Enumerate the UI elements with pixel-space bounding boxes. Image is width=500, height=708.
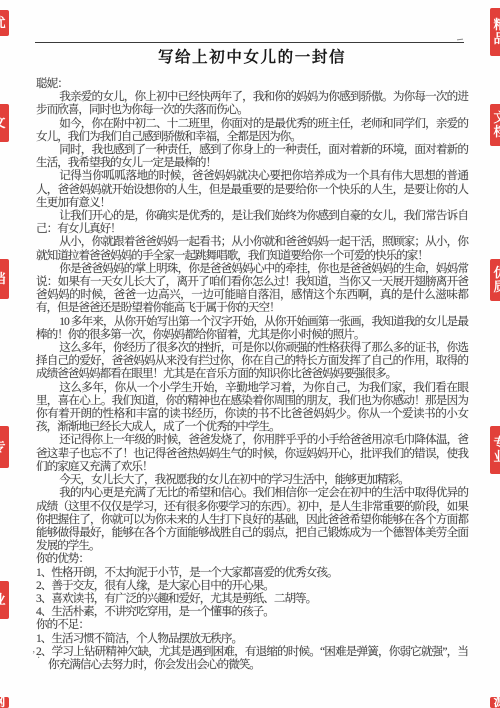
weakness-item: 1、生活习惯不简洁，个人物品摆放无秩序。	[36, 632, 468, 645]
watermark-stamp: 专	[0, 426, 9, 468]
letter-paragraph: 10 多年来，从你开始写出第一个汉字开始，从你开始画第一张画，我知道我的女儿是最…	[36, 315, 468, 341]
letter-paragraph: 这么多年，你经历了很多次的挫折，可是你以你顽强的性格获得了那么多的证书，你选择自…	[36, 341, 468, 381]
watermark-stamp: 优	[0, 10, 9, 36]
watermark-stamp: 文档	[490, 104, 500, 146]
letter-title: 写给上初中女儿的一封信	[36, 47, 468, 69]
letter-paragraph: 同时，我也感到了一种责任，感到了你身上的一种责任，面对着新的环境，面对着新的生活…	[36, 143, 468, 169]
strengths-heading: 你的优势：	[36, 552, 468, 565]
watermark-stamp: 档	[0, 259, 9, 299]
letter-greeting: 聪妮：	[36, 77, 468, 90]
watermark-stamp: 网	[0, 697, 9, 708]
watermark-stamp: 源	[490, 697, 500, 708]
weaknesses-heading: 你的不足：	[36, 618, 468, 631]
letter-paragraph: 你是爸爸妈妈的掌上明珠，你是爸爸妈妈心中的牵挂，你也是爸爸妈妈的生命，妈妈常说：…	[36, 262, 468, 315]
strength-item: 1、性格开朗，不太拘泥于小节，是一个大家都喜爱的优秀女孩。	[36, 566, 468, 579]
watermark-stamp: 精品	[490, 8, 500, 56]
letter-paragraph: 如今，你在附中初二、十二班里，你面对的是最优秀的班主任，老师和同学们，亲爱的女儿…	[36, 117, 468, 143]
scan-artifact-tick	[457, 39, 463, 41]
scan-artifact-mark: ’.	[32, 650, 42, 661]
letter-paragraph: 我亲爱的女儿，你上初中已经快两年了，我和你的妈妈为你感到骄傲。为你每一次的进步而…	[36, 90, 468, 116]
watermark-stamp: 专业	[490, 426, 500, 474]
letter-paragraph: 让我们开心的是，你确实是优秀的，是让我们始终为你感到自豪的女儿，我们常告诉自己：…	[36, 209, 468, 235]
weakness-item: 2、学习上钻研精神欠缺，尤其是遇到困难，有退缩的时候。“困难是弹簧，你弱它就强”…	[36, 645, 468, 671]
letter-paragraph: 从小，你就跟着爸爸妈妈一起看书；从小你就和爸爸妈妈一起干活，照顾家；从小，你就知…	[36, 235, 468, 261]
letter-body: 写给上初中女儿的一封信 聪妮： 我亲爱的女儿，你上初中已经快两年了，我和你的妈妈…	[36, 47, 468, 671]
strength-item: 4、生活朴素，不讲究吃穿用，是一个懂事的孩子。	[36, 605, 468, 618]
letter-paragraph: 这么多年，你从一个小学生开始，辛勤地学习着，为你自己，为我们家，我们看在眼里，喜…	[36, 381, 468, 434]
scanned-letter-page: 写给上初中女儿的一封信 聪妮： 我亲爱的女儿，你上初中已经快两年了，我和你的妈妈…	[0, 0, 500, 708]
watermark-stamp: 业	[0, 581, 9, 619]
letter-paragraph: 还记得你上一年级的时候，爸爸发烧了，你用胖乎乎的小手给爸爸用凉毛巾降体温，爸爸这…	[36, 433, 468, 473]
letter-paragraph: 我的内心更是充满了无比的希望和信心。我们相信你一定会在初中的生活中取得优异的成绩…	[36, 486, 468, 552]
letter-paragraph: 今天，女儿长大了，我祝愿我的女儿在初中的学习生活中，能够更加精彩。	[36, 473, 468, 486]
top-rule-divider	[35, 42, 464, 43]
letter-paragraph: 记得当你呱呱落地的时候，爸爸妈妈就决心要把你培养成为一个具有伟大思想的普通人，爸…	[36, 169, 468, 209]
strength-item: 3、喜欢读书，有广泛的兴趣和爱好，尤其是剪纸、二胡等。	[36, 592, 468, 605]
watermark-stamp: 文	[0, 104, 9, 142]
watermark-stamp: 优质	[490, 259, 500, 301]
strength-item: 2、善于交友，很有人缘，是大家心目中的开心果。	[36, 579, 468, 592]
